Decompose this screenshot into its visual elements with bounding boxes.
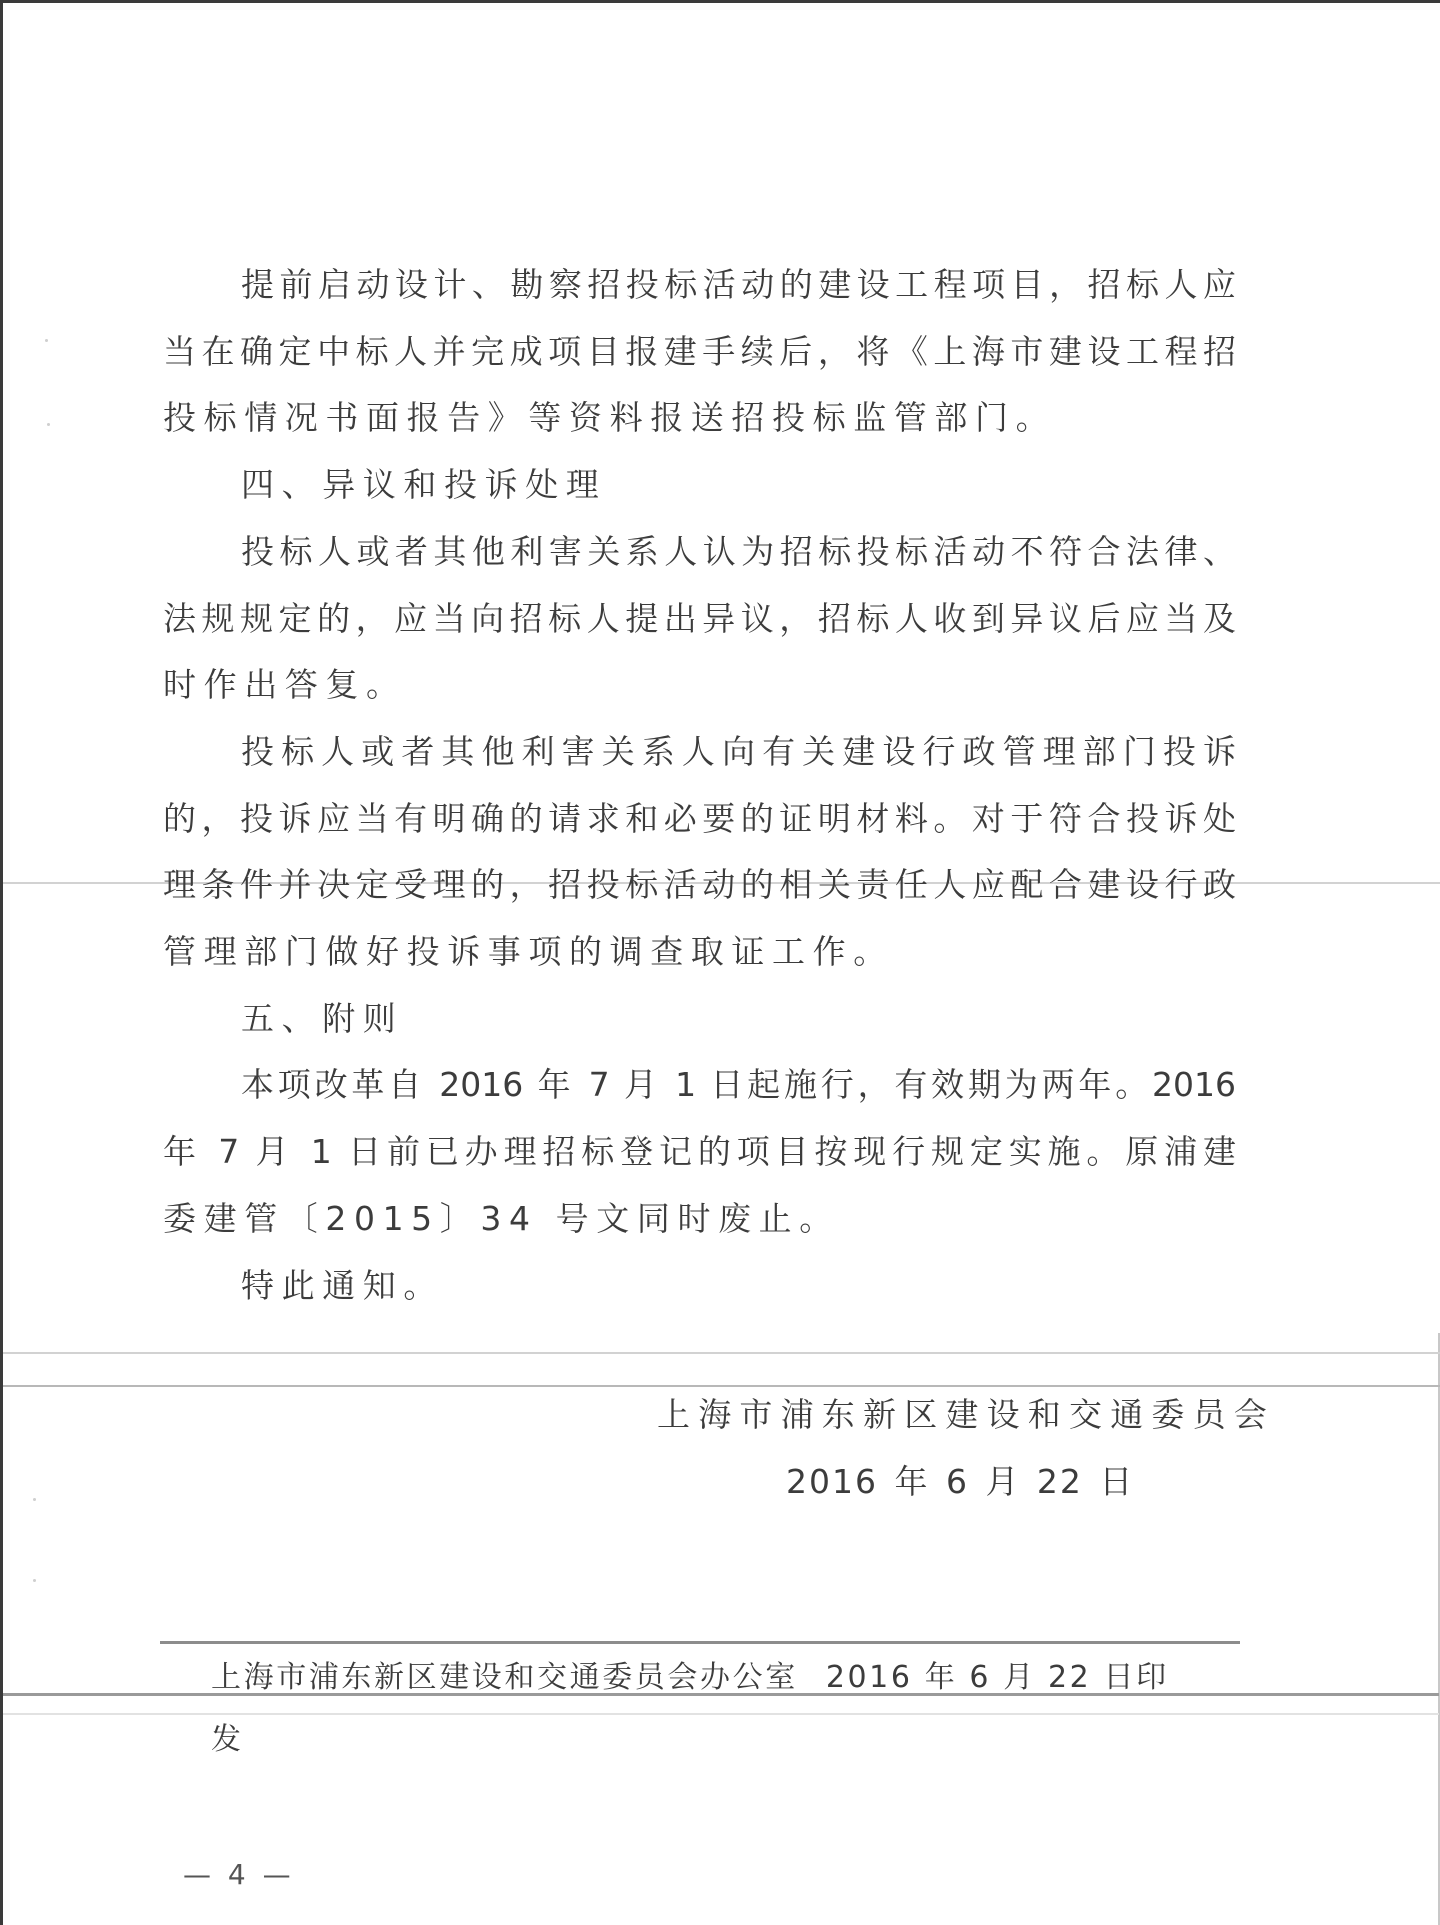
signature-date: 2016 年 6 月 22 日 (786, 1462, 1134, 1502)
footer-divider (160, 1641, 1240, 1644)
scan-artifact-line (3, 1385, 1440, 1387)
scan-speck (47, 423, 50, 426)
paragraph-line: 投标人或者其他利害关系人认为招标投标活动不符合法律、 (241, 532, 1236, 572)
paragraph-line: 理条件并决定受理的，招投标活动的相关责任人应配合建设行政 (163, 865, 1236, 905)
paragraph-line: 年 7 月 1 日前已办理招标登记的项目按现行规定实施。原浦建 (163, 1132, 1236, 1172)
scan-artifact-line (3, 1713, 1439, 1715)
page-number: — 4 — (183, 1858, 295, 1892)
paragraph-line: 时作出答复。 (163, 665, 1243, 705)
section-heading: 四、异议和投诉处理 (241, 465, 1321, 505)
footer-issue-line: 上海市浦东新区建设和交通委员会办公室2016 年 6 月 22 日印 (211, 1659, 1169, 1697)
paragraph-line: 管理部门做好投诉事项的调查取证工作。 (163, 932, 1243, 972)
section-heading: 五、附则 (241, 999, 1321, 1039)
paragraph-line: 投标人或者其他利害关系人向有关建设行政管理部门投诉 (241, 732, 1236, 772)
footer-issue-date: 2016 年 6 月 22 日印 (826, 1660, 1169, 1695)
scan-speck (33, 1498, 36, 1501)
footer-issuer-name: 上海市浦东新区建设和交通委员会办公室 (211, 1660, 798, 1695)
paragraph-line: 特此通知。 (241, 1266, 1321, 1306)
paragraph-line: 的，投诉应当有明确的请求和必要的证明材料。对于符合投诉处 (163, 799, 1236, 839)
paragraph-line: 法规规定的，应当向招标人提出异议，招标人收到异议后应当及 (163, 599, 1236, 639)
scan-speck (45, 339, 48, 342)
paragraph-line: 提前启动设计、勘察招投标活动的建设工程项目，招标人应 (241, 265, 1236, 305)
footer-issue-date-continued: 发 (211, 1721, 241, 1759)
paragraph-line: 委建管〔2015〕34 号文同时废止。 (163, 1199, 1243, 1239)
paragraph-line: 本项改革自 2016 年 7 月 1 日起施行，有效期为两年。2016 (241, 1065, 1236, 1105)
document-page: 提前启动设计、勘察招投标活动的建设工程项目，招标人应当在确定中标人并完成项目报建… (0, 0, 1440, 1925)
scan-artifact-line (3, 1352, 1440, 1354)
scan-speck (33, 1579, 36, 1582)
paragraph-line: 当在确定中标人并完成项目报建手续后，将《上海市建设工程招 (163, 332, 1236, 372)
paragraph-line: 投标情况书面报告》等资料报送招投标监管部门。 (163, 398, 1243, 438)
signature-organization: 上海市浦东新区建设和交通委员会 (657, 1395, 1275, 1435)
